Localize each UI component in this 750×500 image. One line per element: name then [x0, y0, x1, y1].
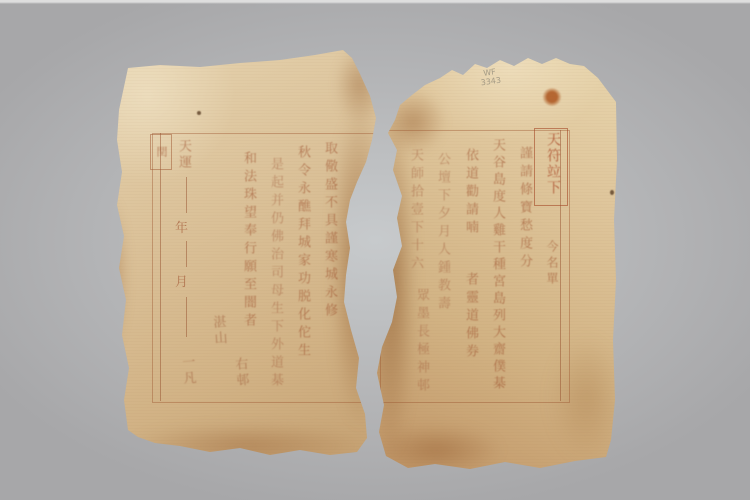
- ink-fleck: [132, 439, 137, 445]
- leap-label: 閏: [153, 146, 169, 159]
- date-header: 天運: [174, 139, 193, 171]
- leap-month-box: 閏: [150, 134, 172, 170]
- year-label: 年: [175, 217, 188, 236]
- name-mark: 右邨: [230, 356, 251, 389]
- text-column: 者靈道佛券: [461, 272, 480, 362]
- burn-mark: [125, 423, 370, 469]
- text-column: 依道勸請喃: [461, 148, 480, 238]
- text-column: 天谷島度人雞干種宮島列大齋僕棊: [488, 138, 507, 393]
- ink-fleck: [610, 190, 614, 195]
- manuscript-left-page: 取儆盛不具謹寒城永修 秋令永醮拜城家功脱化佗生 是起并仍佛治司母生下外道棊 和法…: [105, 45, 385, 465]
- blank-fill-line: [186, 297, 187, 337]
- name-mark: 湛山: [208, 314, 229, 347]
- text-column: 秋令永醮拜城家功脱化佗生: [293, 145, 312, 361]
- text-column: 天師拾壹下十六: [406, 148, 425, 274]
- text-column: 公壇下夕月人鍾教壽: [433, 152, 452, 314]
- burn-mark: [372, 425, 502, 475]
- text-column: 和法珠望奉行願至闇者: [239, 151, 258, 331]
- subtitle-text: 今名單: [544, 240, 561, 288]
- title-text: 天符竝下: [543, 132, 563, 196]
- text-column: 取儆盛不具謹寒城永修: [320, 141, 339, 321]
- pencil-mark-line2: 3343: [480, 76, 501, 88]
- month-label: 月: [175, 271, 188, 290]
- photo-background: 取儆盛不具謹寒城永修 秋令永醮拜城家功脱化佗生 是起并仍佛治司母生下外道棊 和法…: [0, 0, 750, 500]
- manuscript-right-page: 天符竝下 今名單 謹請條寶愁度分 天谷島度人雞干種宮島列大齋僕棊 依道勸請喃 者…: [372, 40, 622, 475]
- blank-fill-line: [186, 241, 187, 267]
- ink-fleck: [197, 111, 201, 115]
- stain-dot: [542, 88, 562, 106]
- name-mark: 一凡: [177, 354, 198, 387]
- pencil-mark: WF 3343: [479, 67, 502, 88]
- blank-fill-line: [186, 177, 187, 213]
- text-column: 謹請條寶愁度分: [515, 146, 534, 272]
- text-column: 眾墨長極神邨: [412, 288, 431, 396]
- burn-mark: [335, 45, 385, 125]
- text-column: 是起并仍佛治司母生下外道棊: [266, 157, 285, 391]
- left-page-frame-inner-rule: [160, 133, 161, 401]
- title-box: 天符竝下: [534, 128, 568, 206]
- burn-mark: [95, 195, 129, 355]
